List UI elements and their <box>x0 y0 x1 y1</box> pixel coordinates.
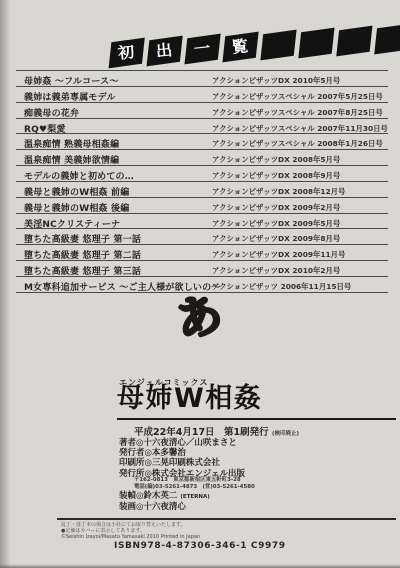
cover-credit-line: 装画◎十六夜清心 <box>119 502 210 512</box>
publication-source: アクションピザッツスペシャル 2007年11月30日号 <box>212 123 388 134</box>
banner-char: 出 <box>156 42 174 59</box>
publication-source: アクションピザッツDX 2010年2月号 <box>212 265 340 276</box>
publication-source: アクションピザッツDX 2010年5月号 <box>212 75 340 86</box>
chapter-title: 義母と義姉のW相姦 前編 <box>24 185 129 198</box>
table-row: 温泉痴情 熟義母相姦編 アクションピザッツスペシャル 2008年1月26日号 <box>16 134 388 150</box>
publisher-logo: あ <box>171 289 227 345</box>
banner-block <box>298 28 334 59</box>
credits-block: 著者◎十六夜清心／山咲まさと 発行者◎本多馨治 印刷所◎三晃印刷株式会社 発行所… <box>119 438 245 479</box>
design-note: (ETERNA) <box>180 494 209 500</box>
chapter-title: 堕ちた高級妻 悠理子 第一話 <box>24 232 141 245</box>
design-credits-block: 装幀◎鈴木英二 (ETERNA) 装画◎十六夜清心 <box>119 491 210 512</box>
fine-print-line: ©Seishin Izayoi/Masato Yamasaki 2010 Pri… <box>61 534 200 540</box>
table-row: 堕ちた高級妻 悠理子 第二話 アクションピザッツDX 2009年11月号 <box>16 245 388 261</box>
chapter-title: 美淫NCクリスティーナ <box>24 217 120 230</box>
isbn-code: ISBN978-4-87306-346-1 C9979 <box>114 541 286 551</box>
chapter-title: 堕ちた高級妻 悠理子 第三話 <box>24 264 141 277</box>
publication-source: アクションピザッツ 2006年11月15日号 <box>212 281 351 292</box>
banner-block: 初 <box>109 38 145 69</box>
edition-date: 平成22年4月17日 第1刷発行 <box>134 427 269 438</box>
chapter-title: 義母と義姉のW相姦 後編 <box>24 201 129 214</box>
address-line: 〒162-0813 東京都新宿区東五軒町3-28 <box>134 477 255 484</box>
publication-source: アクションピザッツDX 2008年5月号 <box>212 154 340 165</box>
chapter-title: RQ♥梨愛 <box>24 122 66 135</box>
credit-line: 印刷所◎三晃印刷株式会社 <box>119 458 245 468</box>
table-row: 母姉姦 ～フルコース～ アクションピザッツDX 2010年5月号 <box>16 71 388 87</box>
table-row: RQ♥梨愛 アクションピザッツスペシャル 2007年11月30日号 <box>16 119 388 135</box>
publication-source: アクションピザッツDX 2009年11月号 <box>212 249 345 260</box>
table-row: 義姉は義弟専属モデル アクションピザッツスペシャル 2007年5月25日号 <box>16 87 388 103</box>
table-row: 堕ちた高級妻 悠理子 第三話 アクションピザッツDX 2010年2月号 <box>16 261 388 277</box>
scan-bottom-shadow <box>0 564 400 568</box>
chapter-title: 母姉姦 ～フルコース～ <box>24 74 119 87</box>
table-row: 痴義母の花弁 アクションピザッツスペシャル 2007年8月25日号 <box>16 103 388 119</box>
publication-source: アクションピザッツスペシャル 2007年8月25日号 <box>212 107 383 118</box>
chapter-title: 痴義母の花弁 <box>24 106 79 119</box>
fine-print-rule <box>57 518 396 520</box>
banner-block <box>336 26 372 57</box>
address-line: 電話(編)03-5261-4873 (営)03-5261-4580 <box>134 484 255 491</box>
banner-char: 初 <box>118 44 136 61</box>
colophon-page: 初 出 一 覧 <box>0 0 400 568</box>
banner-block <box>374 24 400 55</box>
edition-line: 平成22年4月17日 第1刷発行 (検印廃止) <box>134 424 299 438</box>
banner-block: 出 <box>147 36 183 67</box>
publication-source: アクションピザッツDX 2009年8月号 <box>212 233 340 244</box>
chapter-title: 堕ちた高級妻 悠理子 第二話 <box>24 248 141 261</box>
fine-print-block: 乱丁・落丁本の場合は小社にてお取り替えいたします。 ●定価はカバーに表示してあり… <box>61 522 200 540</box>
publication-source: アクションピザッツDX 2008年12月号 <box>212 186 345 197</box>
edition-note: (検印廃止) <box>272 431 299 437</box>
scan-gutter-shadow <box>0 0 11 568</box>
publication-source: アクションピザッツDX 2009年5月号 <box>212 218 340 229</box>
credit-line: 発行者◎本多馨治 <box>119 448 245 458</box>
first-publication-table: 母姉姦 ～フルコース～ アクションピザッツDX 2010年5月号 義姉は義弟専属… <box>16 70 388 293</box>
table-row: 義母と義姉のW相姦 後編 アクションピザッツDX 2009年2月号 <box>16 198 388 214</box>
publication-source: アクションピザッツスペシャル 2007年5月25日号 <box>212 91 383 102</box>
design-credit-line: 装幀◎鈴木英二 (ETERNA) <box>119 491 210 502</box>
banner-char: 一 <box>194 40 212 57</box>
table-row: 義母と義姉のW相姦 前編 アクションピザッツDX 2008年12月号 <box>16 182 388 198</box>
title-rule <box>117 418 396 420</box>
publisher-address: 〒162-0813 東京都新宿区東五軒町3-28 電話(編)03-5261-48… <box>134 477 255 491</box>
publication-source: アクションピザッツスペシャル 2008年1月26日号 <box>212 138 383 149</box>
first-publication-banner: 初 出 一 覧 <box>110 25 400 67</box>
credit-line: 著者◎十六夜清心／山咲まさと <box>119 438 245 448</box>
design-credit: 装幀◎鈴木英二 <box>119 491 177 501</box>
banner-char: 覧 <box>232 38 250 55</box>
table-row: 美淫NCクリスティーナ アクションピザッツDX 2009年5月号 <box>16 214 388 230</box>
publication-source: アクションピザッツDX 2008年9月号 <box>212 170 340 181</box>
table-row: 堕ちた高級妻 悠理子 第一話 アクションピザッツDX 2009年8月号 <box>16 229 388 245</box>
chapter-title: モデルの義姉と初めての… <box>24 169 134 182</box>
chapter-title: 温泉痴情 熟義母相姦編 <box>24 137 119 150</box>
book-title: 母姉W相姦 <box>117 385 262 412</box>
chapter-title: 温泉痴情 美義姉欲情編 <box>24 153 119 166</box>
banner-block: 覧 <box>222 32 258 63</box>
table-row: モデルの義姉と初めての… アクションピザッツDX 2008年9月号 <box>16 166 388 182</box>
table-row: 温泉痴情 美義姉欲情編 アクションピザッツDX 2008年5月号 <box>16 150 388 166</box>
chapter-title: 義姉は義弟専属モデル <box>24 90 116 103</box>
banner-block: 一 <box>184 34 220 65</box>
publication-source: アクションピザッツDX 2009年2月号 <box>212 202 340 213</box>
banner-block <box>260 30 296 61</box>
